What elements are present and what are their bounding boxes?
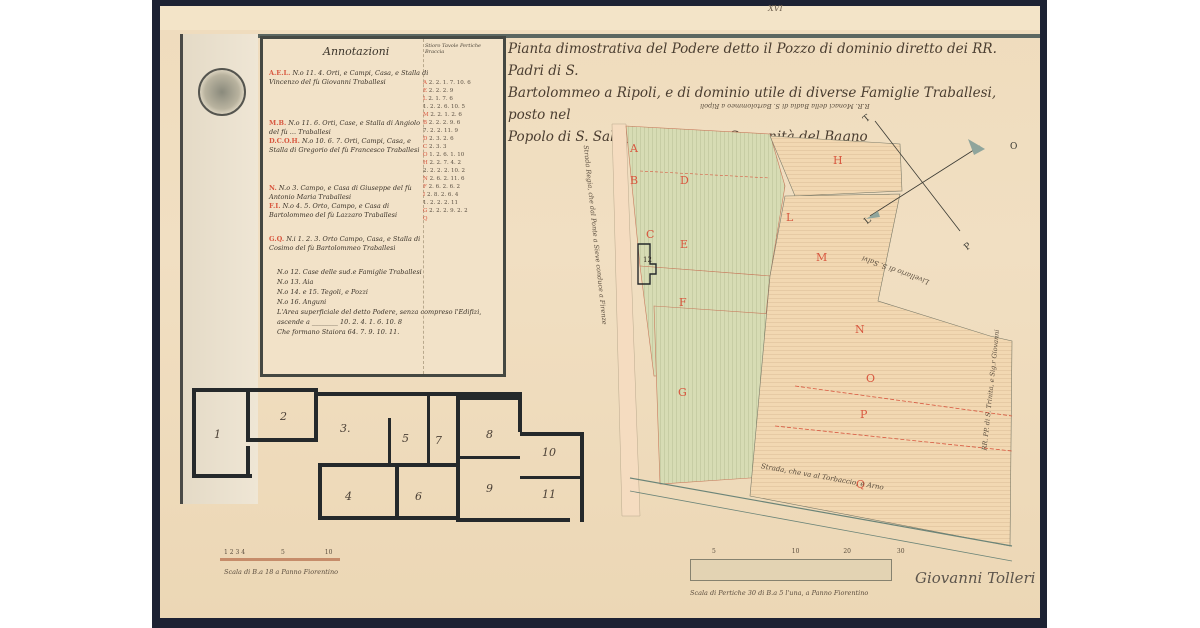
room-label: 6 <box>415 490 422 503</box>
annotation-notes: N.o 12. Case delle sud.e Famiglie Trabal… <box>277 267 497 337</box>
parcel-label-a: A <box>630 142 638 155</box>
annotations-column-header: Stioro Tavole Pertiche Braccia <box>425 43 495 55</box>
left-scale-bar <box>220 558 340 561</box>
right-scale-caption: Scala di Pertiche 30 di B.a 5 l'una, a P… <box>690 589 868 597</box>
map-sheet: XVI Annotazioni Stioro Tavole Pertiche B… <box>160 6 1040 618</box>
right-scale-ticks: 5 10 20 30 <box>712 548 912 555</box>
right-scale-bar <box>690 559 892 581</box>
page-marker: XVI <box>768 4 783 13</box>
parcel-label-n: N <box>855 323 865 336</box>
annotation-entry: D.C.O.H. N.o 10. 6. 7. Orti, Campi, Casa… <box>269 137 429 155</box>
parcel-label-m: M <box>816 251 827 264</box>
parcel-label-l: L <box>786 211 793 224</box>
room-label: 2 <box>280 410 287 423</box>
signature: Giovanni Tolleri <box>915 569 1035 587</box>
left-scale-caption: Scala di B.a 18 a Panno Fiorentino <box>224 568 338 576</box>
annotation-values: A 2. 2. 1. 7. 10. 6 E 2. 2. 2. 9 L 2. 1.… <box>423 79 501 223</box>
parcel-label-e: E <box>680 238 688 251</box>
parcel-label-b: B <box>630 174 638 187</box>
top-strip <box>160 6 1040 30</box>
room-label: 1 <box>214 428 221 441</box>
room-label: 9 <box>486 482 493 495</box>
annotation-entry: M.B. N.o 11. 6. Orti, Case, e Stalla di … <box>269 119 429 137</box>
annotation-entry: G.Q. N.i 1. 2. 3. Orto Campo, Casa, e St… <box>269 235 429 253</box>
room-label: 4 <box>345 490 352 503</box>
room-label: 3. <box>340 422 351 435</box>
room-label: 10 <box>542 446 556 459</box>
building-label-12: 12 <box>643 256 652 264</box>
compass-rose-icon <box>850 111 990 251</box>
room-label: 11 <box>542 488 556 501</box>
annotation-entry: N. N.o 3. Campo, e Casa di Giuseppe del … <box>269 184 429 202</box>
room-label: 8 <box>486 428 493 441</box>
annotation-entry: F.I. N.o 4. 5. Orto, Campo, e Casa di Ba… <box>269 202 429 220</box>
parcel-label-c: C <box>646 228 654 241</box>
parcel-label-h: H <box>833 154 843 167</box>
parcel-label-o: O <box>866 372 875 385</box>
parcel-label-f: F <box>679 296 687 309</box>
compass-label: O <box>1010 142 1017 152</box>
parcel-label-p: P <box>860 408 867 421</box>
room-label: 7 <box>435 434 442 447</box>
room-label: 5 <box>402 432 409 445</box>
parcel-label-g: G <box>678 386 687 399</box>
seal-stamp-icon <box>198 68 246 116</box>
annotations-panel: Annotazioni Stioro Tavole Pertiche Bracc… <box>260 36 506 377</box>
left-scale-ticks: 1 2 3 4 5 10 <box>224 549 354 556</box>
parcel-label-d: D <box>680 174 689 187</box>
annotations-title: Annotazioni <box>323 45 389 58</box>
road-label-north: R.R. Monaci della Badia di S. Bartolomme… <box>700 102 870 110</box>
annotation-entry: A.E.L. N.o 11. 4. Orti, e Campi, Casa, e… <box>269 69 429 87</box>
